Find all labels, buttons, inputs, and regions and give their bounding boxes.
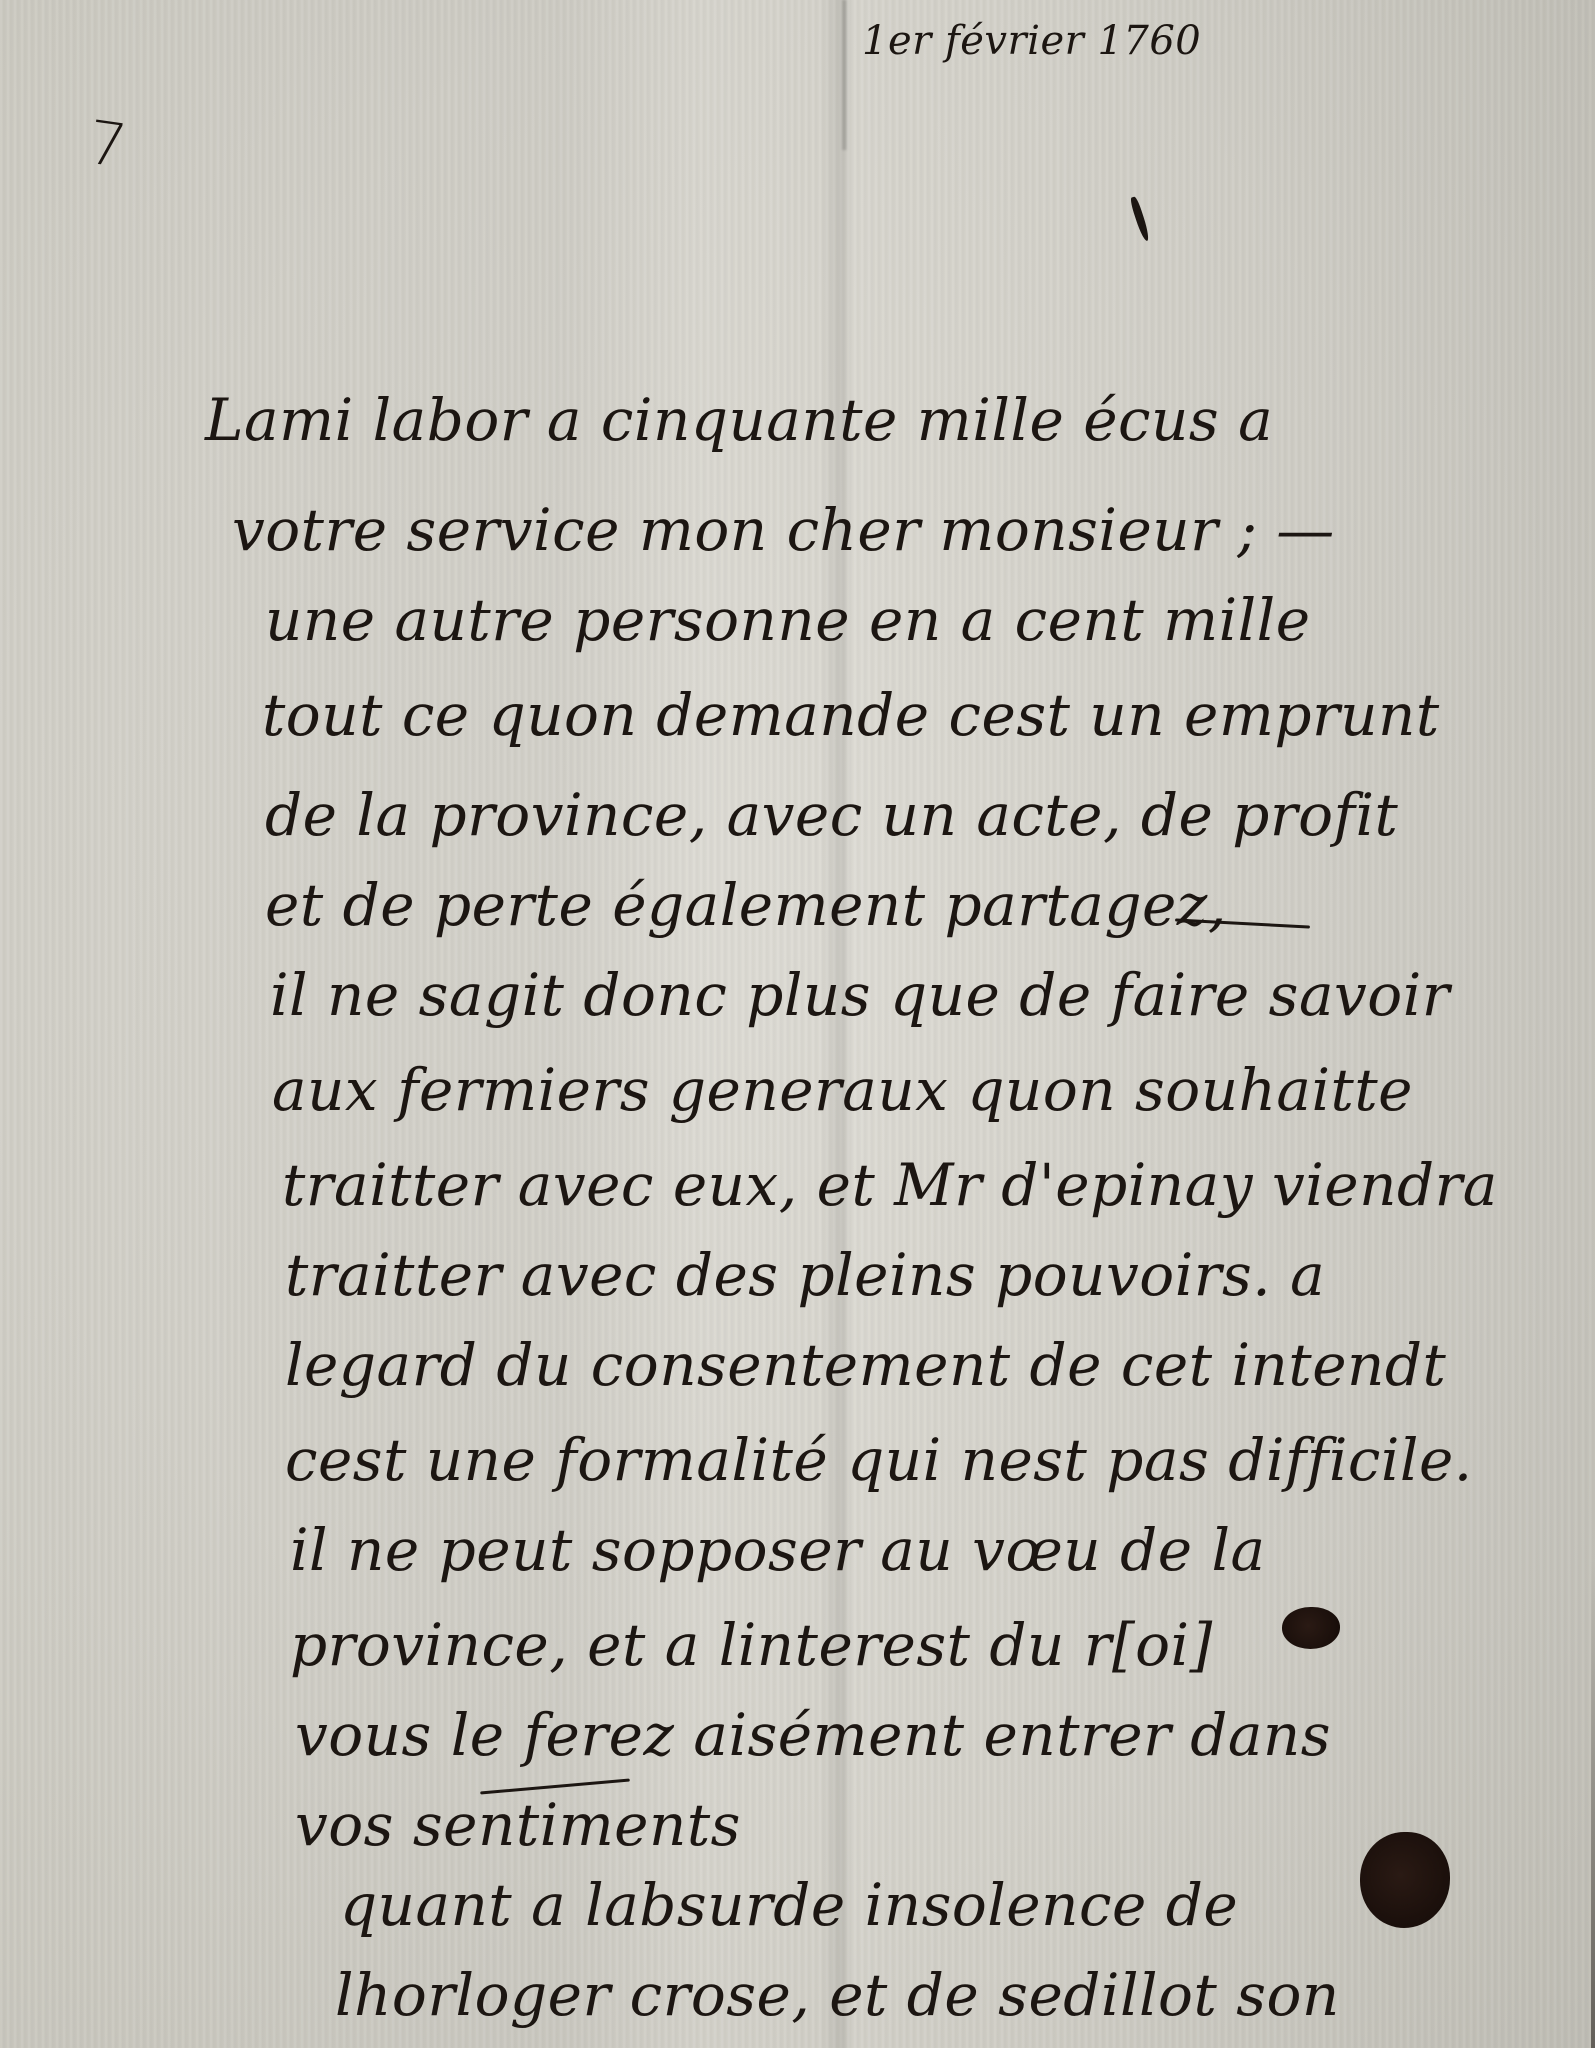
body-line-8: aux fermiers generaux quon souhaitte — [272, 1055, 1413, 1125]
body-line-15: vous le ferez aisément entrer dans — [295, 1700, 1331, 1770]
body-line-7: il ne sagit donc plus que de faire savoi… — [270, 960, 1450, 1030]
body-line-5: de la province, avec un acte, de profit — [265, 780, 1398, 850]
stray-ink-stroke — [1129, 196, 1151, 242]
page-edge-shadow — [1591, 1560, 1595, 2048]
body-line-13: il ne peut sopposer au vœu de la — [290, 1515, 1266, 1585]
body-line-14: province, et a linterest du r[oi] — [290, 1610, 1213, 1680]
body-line-18: lhorloger crose, et de sedillot son — [335, 1960, 1340, 2030]
ink-blot-2 — [1360, 1832, 1450, 1928]
body-line-16: vos sentiments — [295, 1790, 741, 1860]
ink-blot-1 — [1282, 1607, 1340, 1649]
body-line-9: traitter avec eux, et Mr d'epinay viendr… — [282, 1150, 1498, 1220]
body-line-17: quant a labsurde insolence de — [340, 1870, 1238, 1940]
body-line-12: cest une formalité qui nest pas difficil… — [285, 1425, 1473, 1495]
body-line-10: traitter avec des pleins pouvoirs. a — [285, 1240, 1325, 1310]
letter-date: 1er février 1760 — [862, 18, 1201, 64]
paper-fold-crease — [842, 0, 848, 150]
body-line-2: votre service mon cher monsieur ; — — [232, 495, 1335, 565]
letter-page: 7 1er février 1760 Lami labor a cinquant… — [0, 0, 1595, 2048]
body-line-3: une autre personne en a cent mille — [265, 585, 1311, 655]
body-line-11: legard du consentement de cet intendt — [285, 1330, 1446, 1400]
folio-number: 7 — [83, 108, 131, 183]
body-line-1: Lami labor a cinquante mille écus a — [205, 385, 1273, 455]
body-line-6: et de perte également partagez, — [265, 870, 1227, 940]
body-line-4: tout ce quon demande cest un emprunt — [262, 680, 1440, 750]
